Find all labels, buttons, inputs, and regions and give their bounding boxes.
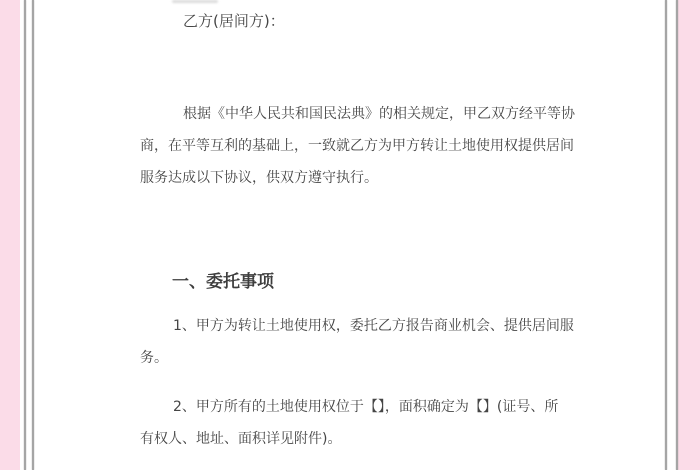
intro-paragraph: 根据《中华人民共和国民法典》的相关规定，甲乙双方经平等协 商，在平等互利的基础上… [140,98,575,194]
page-border-left-inner [32,0,34,470]
paragraph-line: 服务达成以下协议，供双方遵守执行。 [140,162,575,194]
cropped-line-remnant [172,0,218,3]
party-line-second-party: 乙方(居间方)： [140,5,285,37]
page-background: 乙方(居间方)： 根据《中华人民共和国民法典》的相关规定，甲乙双方经平等协 商，… [0,0,700,470]
paragraph-line: 2、甲方所有的土地使用权位于【】，面积确定为【】(证号、所 [140,391,558,423]
clause-item-2: 2、甲方所有的土地使用权位于【】，面积确定为【】(证号、所 有权人、地址、面积详… [140,391,558,455]
paragraph-line: 根据《中华人民共和国民法典》的相关规定，甲乙双方经平等协 [140,98,575,130]
paragraph-line: 商，在平等互利的基础上，一致就乙方为甲方转让土地使用权提供居间 [140,130,575,162]
page-border-left-outer [24,0,26,470]
page-border-right-outer [676,0,678,470]
page-border-right-inner [665,0,667,470]
paragraph-line: 有权人、地址、面积详见附件)。 [140,423,558,455]
paragraph-line: 务。 [140,342,574,374]
paragraph-line: 1、甲方为转让土地使用权，委托乙方报告商业机会、提供居间服 [140,310,574,342]
section-heading-entrusted-matters: 一、委托事项 [140,266,274,298]
clause-item-1: 1、甲方为转让土地使用权，委托乙方报告商业机会、提供居间服 务。 [140,310,574,374]
